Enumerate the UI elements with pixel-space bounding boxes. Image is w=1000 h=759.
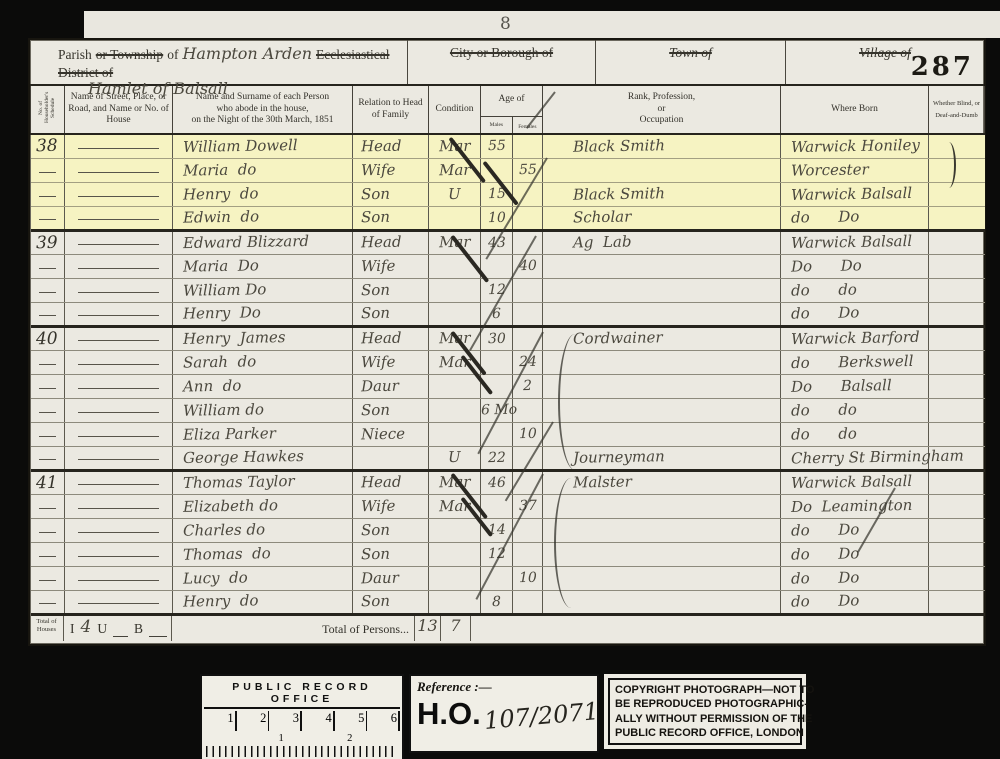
- age-female-cell: [513, 326, 543, 350]
- occupation-cell: [543, 590, 781, 614]
- age-male-cell: 6 Mo: [481, 398, 513, 422]
- schedule-number: 38: [31, 134, 65, 158]
- birthplace-cell: Worcester: [781, 158, 929, 182]
- census-row: 38William DowellHeadMar55Black SmithWarw…: [31, 134, 985, 158]
- infirmity-cell: [929, 542, 985, 566]
- infirmity-cell: [929, 254, 985, 278]
- schedule-number: [31, 446, 65, 470]
- occupation-cell: [543, 398, 781, 422]
- village-label-struck: Village of: [859, 45, 911, 60]
- col-header-age-females: Females: [513, 119, 542, 131]
- age-male-cell: 12: [481, 278, 513, 302]
- census-row: Elizabeth doWifeMar37Do Leamington: [31, 494, 985, 518]
- address-cell: [65, 278, 173, 302]
- age-female-cell: [513, 278, 543, 302]
- age-male-cell: 46: [481, 470, 513, 494]
- age-male-cell: 12: [481, 542, 513, 566]
- census-row: 40Henry JamesHeadMar30CordwainerWarwick …: [31, 326, 985, 350]
- occupation-cell: Black Smith: [543, 182, 781, 206]
- age-female-cell: [513, 182, 543, 206]
- age-female-cell: [513, 230, 543, 254]
- relation-cell: Son: [353, 182, 429, 206]
- relation-cell: Son: [353, 206, 429, 230]
- condition-cell: [429, 542, 481, 566]
- condition-cell: [429, 398, 481, 422]
- age-male-cell: [481, 422, 513, 446]
- infirmity-cell: [929, 302, 985, 326]
- city-cell: City or Borough of: [408, 40, 596, 84]
- person-name: Thomas Taylor: [173, 470, 353, 494]
- form-header: Parish or Township of Hampton Arden Eccl…: [30, 40, 984, 86]
- col-header-occupation: Rank, Profession, or Occupation: [543, 86, 781, 134]
- schedule-number: [31, 302, 65, 326]
- col-header-condition: Condition: [429, 86, 481, 134]
- infirmity-cell: [929, 494, 985, 518]
- city-label-struck: City or Borough of: [450, 45, 553, 60]
- infirmity-cell: [929, 590, 985, 614]
- person-name: Ann do: [173, 374, 353, 398]
- condition-cell: Mar: [429, 494, 481, 518]
- age-male-cell: [481, 350, 513, 374]
- birthplace-cell: do do: [781, 398, 929, 422]
- occupation-cell: Scholar: [543, 206, 781, 230]
- birthplace-cell: do Do: [781, 206, 929, 230]
- occupation-cell: [543, 278, 781, 302]
- relation-cell: Niece: [353, 422, 429, 446]
- total-houses-label: Total of Houses: [30, 616, 64, 641]
- infirmity-cell: [929, 566, 985, 590]
- col-header-schedule: No. of Householder's Schedule: [31, 86, 65, 134]
- occupation-cell: [543, 422, 781, 446]
- age-female-cell: [513, 134, 543, 158]
- age-female-cell: 2: [513, 374, 543, 398]
- infirmity-cell: [929, 470, 985, 494]
- houses-inhabited-value: 4: [81, 617, 92, 637]
- total-persons-males: 13: [414, 616, 441, 641]
- reference-box: Reference :— H.O. 107/2071: [409, 674, 599, 753]
- census-row: Henry doSonU15Black SmithWarwick Balsall: [31, 182, 985, 206]
- total-persons-females: 7: [441, 616, 471, 641]
- parish-handwritten-value: Hampton Arden: [182, 44, 312, 63]
- address-cell: [65, 374, 173, 398]
- infirmity-cell: [929, 206, 985, 230]
- birthplace-cell: do Berkswell: [781, 350, 929, 374]
- birthplace-cell: do Do: [781, 566, 929, 590]
- schedule-number: [31, 590, 65, 614]
- birthplace-cell: do Do: [781, 302, 929, 326]
- occupation-cell: [543, 158, 781, 182]
- parish-label: Parish: [58, 47, 92, 62]
- relation-cell: Wife: [353, 158, 429, 182]
- schedule-number: [31, 518, 65, 542]
- infirmity-cell: [929, 326, 985, 350]
- age-female-cell: [513, 206, 543, 230]
- census-row: Eliza ParkerNiece10do do: [31, 422, 985, 446]
- relation-cell: Son: [353, 278, 429, 302]
- person-name: Charles do: [173, 518, 353, 542]
- infirmity-cell: [929, 374, 985, 398]
- relation-cell: Son: [353, 518, 429, 542]
- condition-cell: Mar: [429, 470, 481, 494]
- address-cell: [65, 158, 173, 182]
- age-male-cell: [481, 158, 513, 182]
- schedule-number: 41: [31, 470, 65, 494]
- person-name: Henry Do: [173, 302, 353, 326]
- infirmity-cell: [929, 182, 985, 206]
- condition-cell: [429, 374, 481, 398]
- hamlet-handwritten-value: Hamlet of Balsall: [88, 79, 407, 98]
- birthplace-cell: do do: [781, 278, 929, 302]
- relation-cell: [353, 446, 429, 470]
- census-row: Maria doWifeMar55Worcester: [31, 158, 985, 182]
- age-female-cell: 10: [513, 422, 543, 446]
- occupation-cell: [543, 350, 781, 374]
- census-row: 41Thomas TaylorHeadMar46MalsterWarwick B…: [31, 470, 985, 494]
- birthplace-cell: Warwick Honiley: [781, 134, 929, 158]
- person-name: George Hawkes: [173, 446, 353, 470]
- birthplace-cell: do Do: [781, 590, 929, 614]
- schedule-number: [31, 350, 65, 374]
- birthplace-cell: do Do: [781, 518, 929, 542]
- pro-ruler-box: PUBLIC RECORD OFFICE 1 2 3 4 5 6 1 2: [200, 674, 404, 759]
- schedule-number: [31, 494, 65, 518]
- condition-cell: Mar: [429, 230, 481, 254]
- occupation-cell: Journeyman: [543, 446, 781, 470]
- person-name: Lucy do: [173, 566, 353, 590]
- age-male-cell: 14: [481, 518, 513, 542]
- birthplace-cell: do Do: [781, 542, 929, 566]
- schedule-number: [31, 374, 65, 398]
- col-header-age: Age of Males Females: [481, 86, 543, 134]
- census-row: Sarah doWifeMar24do Berkswell: [31, 350, 985, 374]
- relation-cell: Wife: [353, 350, 429, 374]
- relation-cell: Son: [353, 398, 429, 422]
- occupation-cell: [543, 494, 781, 518]
- occupation-cell: Ag Lab: [543, 230, 781, 254]
- condition-cell: [429, 566, 481, 590]
- address-cell: [65, 350, 173, 374]
- age-female-cell: 37: [513, 494, 543, 518]
- ruler-ticks: [206, 746, 398, 757]
- col-header-age-males: Males: [481, 117, 513, 133]
- address-cell: [65, 134, 173, 158]
- age-male-cell: 8: [481, 590, 513, 614]
- occupation-cell: [543, 254, 781, 278]
- schedule-number: [31, 278, 65, 302]
- condition-cell: [429, 206, 481, 230]
- relation-cell: Wife: [353, 494, 429, 518]
- houses-uninhabited-label: U: [97, 621, 107, 637]
- birthplace-cell: Do Do: [781, 254, 929, 278]
- address-cell: [65, 542, 173, 566]
- birthplace-cell: Do Balsall: [781, 374, 929, 398]
- infirmity-cell: [929, 230, 985, 254]
- blank-line: [149, 627, 167, 637]
- age-female-cell: [513, 518, 543, 542]
- ruler-numbers: 1 2 3 4 5 6: [204, 709, 400, 733]
- condition-cell: U: [429, 182, 481, 206]
- age-male-cell: 43: [481, 230, 513, 254]
- condition-cell: [429, 278, 481, 302]
- age-male-cell: [481, 494, 513, 518]
- birthplace-cell: Do Leamington: [781, 494, 929, 518]
- age-female-cell: 40: [513, 254, 543, 278]
- relation-cell: Son: [353, 590, 429, 614]
- person-name: Edward Blizzard: [173, 230, 353, 254]
- birthplace-cell: do do: [781, 422, 929, 446]
- totals-row: Total of Houses I 4 U B Total of Persons…: [30, 616, 984, 641]
- address-cell: [65, 590, 173, 614]
- relation-cell: Wife: [353, 254, 429, 278]
- person-name: Thomas do: [173, 542, 353, 566]
- census-row: Edwin doSon10Scholardo Do: [31, 206, 985, 230]
- infirmity-cell: [929, 278, 985, 302]
- infirmity-cell: [929, 422, 985, 446]
- address-cell: [65, 254, 173, 278]
- age-male-cell: 22: [481, 446, 513, 470]
- schedule-number: [31, 158, 65, 182]
- birthplace-cell: Warwick Balsall: [781, 470, 929, 494]
- schedule-number: [31, 566, 65, 590]
- age-male-cell: [481, 254, 513, 278]
- person-name: William Dowell: [173, 134, 353, 158]
- age-female-cell: [513, 470, 543, 494]
- address-cell: [65, 470, 173, 494]
- address-cell: [65, 494, 173, 518]
- town-label-struck: Town of: [669, 45, 712, 60]
- occupation-cell: [543, 374, 781, 398]
- address-cell: [65, 302, 173, 326]
- relation-cell: Head: [353, 230, 429, 254]
- reference-series: H.O.: [417, 696, 481, 732]
- occupation-cell: Black Smith: [543, 134, 781, 158]
- birthplace-cell: Warwick Balsall: [781, 182, 929, 206]
- total-houses-values: I 4 U B: [64, 616, 172, 641]
- address-cell: [65, 326, 173, 350]
- condition-cell: [429, 590, 481, 614]
- schedule-number: [31, 254, 65, 278]
- birthplace-cell: Cherry St Birmingham: [781, 446, 929, 470]
- person-name: Henry do: [173, 590, 353, 614]
- person-name: Maria do: [173, 158, 353, 182]
- schedule-number: 39: [31, 230, 65, 254]
- address-cell: [65, 422, 173, 446]
- reference-label: Reference :—: [417, 679, 591, 695]
- age-male-cell: 10: [481, 206, 513, 230]
- person-name: William Do: [173, 278, 353, 302]
- pro-office-title: PUBLIC RECORD OFFICE: [204, 678, 400, 709]
- occupation-cell: [543, 518, 781, 542]
- person-name: Sarah do: [173, 350, 353, 374]
- total-persons-label: Total of Persons...: [172, 616, 414, 641]
- schedule-number: [31, 206, 65, 230]
- census-row: Henry doSon8do Do: [31, 590, 985, 614]
- address-cell: [65, 230, 173, 254]
- person-name: Maria Do: [173, 254, 353, 278]
- census-row: William DoSon12do do: [31, 278, 985, 302]
- census-row: Henry DoSon6do Do: [31, 302, 985, 326]
- census-row: William doSon6 Modo do: [31, 398, 985, 422]
- age-female-cell: 55: [513, 158, 543, 182]
- age-female-cell: [513, 302, 543, 326]
- age-female-cell: 10: [513, 566, 543, 590]
- of-label: of: [167, 47, 178, 62]
- age-male-cell: 30: [481, 326, 513, 350]
- age-male-cell: [481, 566, 513, 590]
- infirmity-cell: [929, 134, 985, 158]
- scan-top-strip: 8: [84, 11, 1000, 38]
- census-page: Parish or Township of Hampton Arden Eccl…: [28, 38, 986, 646]
- person-name: Elizabeth do: [173, 494, 353, 518]
- houses-building-label: B: [134, 621, 143, 637]
- census-row: Ann doDaur2Do Balsall: [31, 374, 985, 398]
- infirmity-cell: [929, 398, 985, 422]
- address-cell: [65, 446, 173, 470]
- relation-cell: Daur: [353, 566, 429, 590]
- schedule-number: [31, 398, 65, 422]
- occupation-cell: Malster: [543, 470, 781, 494]
- top-page-number: 8: [500, 14, 511, 34]
- village-cell: Village of 287: [786, 40, 984, 84]
- copyright-box: COPYRIGHT PHOTOGRAPH—NOT TO BE REPRODUCE…: [604, 674, 806, 749]
- occupation-cell: [543, 302, 781, 326]
- reference-piece-number: 107/2071: [483, 697, 600, 735]
- schedule-number: [31, 182, 65, 206]
- occupation-cell: Cordwainer: [543, 326, 781, 350]
- age-male-cell: 15: [481, 182, 513, 206]
- pro-stamp-bar: PUBLIC RECORD OFFICE 1 2 3 4 5 6 1 2 Ref…: [200, 674, 806, 759]
- condition-cell: Mar: [429, 350, 481, 374]
- township-label-struck: or Township: [96, 47, 163, 62]
- birthplace-cell: Warwick Barford: [781, 326, 929, 350]
- blank-line: [113, 627, 128, 637]
- houses-inhabited-label: I: [70, 621, 75, 637]
- census-row: Maria DoWife40Do Do: [31, 254, 985, 278]
- town-cell: Town of: [596, 40, 786, 84]
- person-name: Edwin do: [173, 206, 353, 230]
- infirmity-cell: [929, 158, 985, 182]
- folio-number: 287: [911, 52, 974, 82]
- occupation-cell: [543, 566, 781, 590]
- schedule-number: [31, 542, 65, 566]
- infirmity-cell: [929, 350, 985, 374]
- address-cell: [65, 518, 173, 542]
- condition-cell: U: [429, 446, 481, 470]
- infirmity-cell: [929, 518, 985, 542]
- condition-cell: [429, 518, 481, 542]
- schedule-number: [31, 422, 65, 446]
- address-cell: [65, 182, 173, 206]
- schedule-number: 40: [31, 326, 65, 350]
- address-cell: [65, 566, 173, 590]
- person-name: Henry do: [173, 182, 353, 206]
- age-female-cell: [513, 542, 543, 566]
- age-male-cell: 6: [481, 302, 513, 326]
- census-row: 39Edward BlizzardHeadMar43Ag LabWarwick …: [31, 230, 985, 254]
- condition-cell: Mar: [429, 158, 481, 182]
- person-name: Eliza Parker: [173, 422, 353, 446]
- totals-empty: [471, 616, 984, 641]
- col-header-where-born: Where Born: [781, 86, 929, 134]
- condition-cell: [429, 302, 481, 326]
- relation-cell: Son: [353, 302, 429, 326]
- age-male-cell: [481, 374, 513, 398]
- census-row: Lucy doDaur10do Do: [31, 566, 985, 590]
- census-table: No. of Householder's Schedule Name of St…: [30, 86, 985, 616]
- age-male-cell: 55: [481, 134, 513, 158]
- condition-cell: Mar: [429, 134, 481, 158]
- census-row: Charles doSon14do Do: [31, 518, 985, 542]
- parish-cell: Parish or Township of Hampton Arden Eccl…: [30, 40, 408, 84]
- person-name: Henry James: [173, 326, 353, 350]
- condition-cell: Mar: [429, 326, 481, 350]
- address-cell: [65, 398, 173, 422]
- age-female-cell: [513, 446, 543, 470]
- relation-cell: Son: [353, 542, 429, 566]
- relation-cell: Head: [353, 134, 429, 158]
- birthplace-cell: Warwick Balsall: [781, 230, 929, 254]
- condition-cell: [429, 422, 481, 446]
- relation-cell: Head: [353, 470, 429, 494]
- condition-cell: [429, 254, 481, 278]
- ruler-inch-labels: 1 2: [204, 733, 400, 746]
- copyright-text: COPYRIGHT PHOTOGRAPH—NOT TO BE REPRODUCE…: [608, 678, 802, 745]
- occupation-cell: [543, 542, 781, 566]
- census-row: George HawkesU22JourneymanCherry St Birm…: [31, 446, 985, 470]
- age-female-cell: [513, 590, 543, 614]
- relation-cell: Daur: [353, 374, 429, 398]
- address-cell: [65, 206, 173, 230]
- census-row: Thomas doSon12do Do: [31, 542, 985, 566]
- age-female-cell: 24: [513, 350, 543, 374]
- col-header-infirmity: Whether Blind, or Deaf-and-Dumb: [929, 86, 985, 134]
- relation-cell: Head: [353, 326, 429, 350]
- person-name: William do: [173, 398, 353, 422]
